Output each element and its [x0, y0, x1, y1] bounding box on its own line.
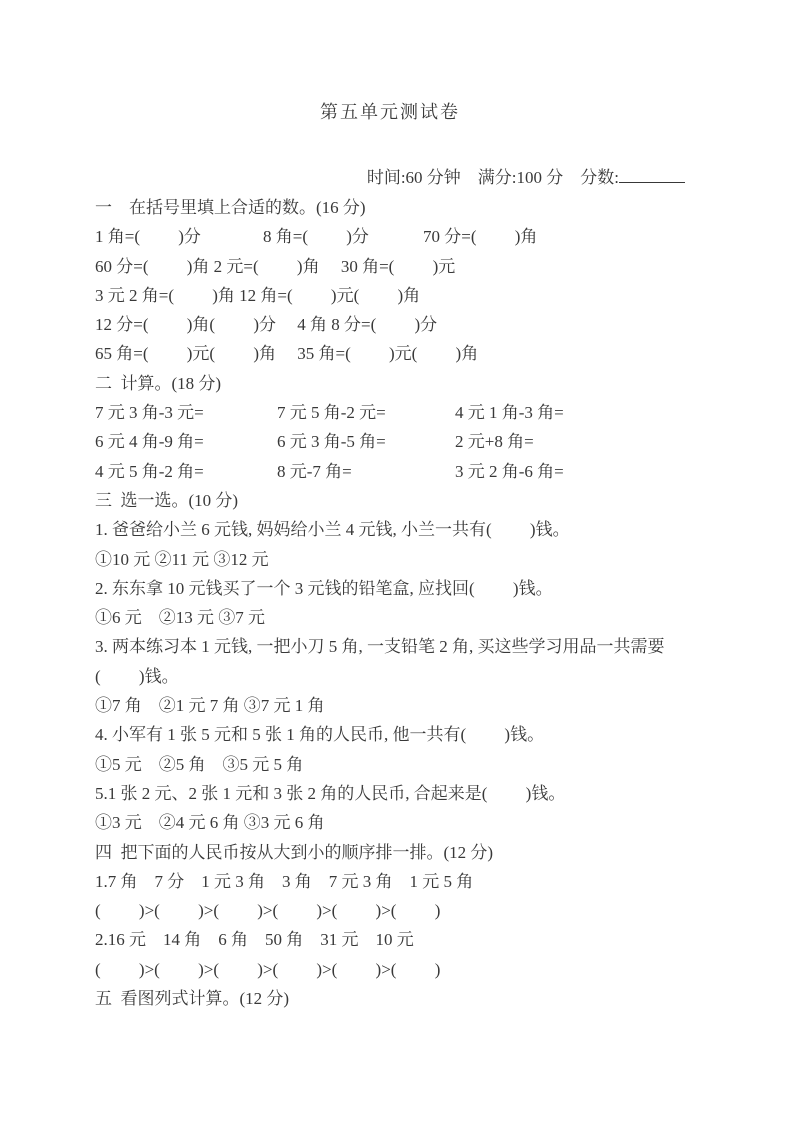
exam-paper-page: 第五单元测试卷 时间:60 分钟 满分:100 分 分数: 一 在括号里填上合适…	[0, 0, 793, 1122]
section1-line1: 1 角=( )分 8 角=( )分 70 分=( )角	[95, 222, 685, 251]
ordering-answer-blanks-1: ( )>( )>( )>( )>( )>( )	[95, 896, 685, 925]
question-2: 2. 东东拿 10 元钱买了一个 3 元钱的铅笔盒, 应找回( )钱。	[95, 574, 685, 603]
calc-item: 8 元-7 角=	[277, 457, 455, 486]
calc-item: 4 元 1 角-3 角=	[455, 398, 564, 427]
section1-header: 一 在括号里填上合适的数。(16 分)	[95, 193, 685, 222]
section1-line2: 60 分=( )角 2 元=( )角 30 角=( )元	[95, 252, 685, 281]
fill-blank-item: 8 角=( )分	[263, 222, 423, 251]
question-3-line2: ( )钱。	[95, 662, 685, 691]
section2-row2: 6 元 4 角-9 角= 6 元 3 角-5 角= 2 元+8 角=	[95, 427, 685, 456]
section2-row3: 4 元 5 角-2 角= 8 元-7 角= 3 元 2 角-6 角=	[95, 457, 685, 486]
exam-meta-line: 时间:60 分钟 满分:100 分 分数:	[95, 163, 685, 192]
question-4: 4. 小军有 1 张 5 元和 5 张 1 角的人民币, 他一共有( )钱。	[95, 720, 685, 749]
question-5: 5.1 张 2 元、2 张 1 元和 3 张 2 角的人民币, 合起来是( )钱…	[95, 779, 685, 808]
calc-item: 7 元 5 角-2 元=	[277, 398, 455, 427]
question-4-options: ①5 元 ②5 角 ③5 元 5 角	[95, 750, 685, 779]
question-3-line1: 3. 两本练习本 1 元钱, 一把小刀 5 角, 一支铅笔 2 角, 买这些学习…	[95, 632, 685, 661]
question-1: 1. 爸爸给小兰 6 元钱, 妈妈给小兰 4 元钱, 小兰一共有( )钱。	[95, 515, 685, 544]
calc-item: 3 元 2 角-6 角=	[455, 457, 564, 486]
calc-item: 7 元 3 角-3 元=	[95, 398, 277, 427]
section2-row1: 7 元 3 角-3 元= 7 元 5 角-2 元= 4 元 1 角-3 角=	[95, 398, 685, 427]
section3-header: 三 选一选。(10 分)	[95, 486, 685, 515]
ordering-question-1: 1.7 角 7 分 1 元 3 角 3 角 7 元 3 角 1 元 5 角	[95, 867, 685, 896]
question-1-options: ①10 元 ②11 元 ③12 元	[95, 545, 685, 574]
calc-item: 4 元 5 角-2 角=	[95, 457, 277, 486]
section4-header: 四 把下面的人民币按从大到小的顺序排一排。(12 分)	[95, 838, 685, 867]
exam-meta-text: 时间:60 分钟 满分:100 分 分数:	[367, 168, 619, 187]
section2-header: 二 计算。(18 分)	[95, 369, 685, 398]
fill-blank-item: 70 分=( )角	[423, 222, 537, 251]
exam-title: 第五单元测试卷	[95, 99, 685, 125]
ordering-answer-blanks-2: ( )>( )>( )>( )>( )>( )	[95, 955, 685, 984]
section5-header: 五 看图列式计算。(12 分)	[95, 984, 685, 1013]
calc-item: 2 元+8 角=	[455, 427, 534, 456]
section1-line5: 65 角=( )元( )角 35 角=( )元( )角	[95, 339, 685, 368]
question-2-options: ①6 元 ②13 元 ③7 元	[95, 603, 685, 632]
section1-line3: 3 元 2 角=( )角 12 角=( )元( )角	[95, 281, 685, 310]
section1-line4: 12 分=( )角( )分 4 角 8 分=( )分	[95, 310, 685, 339]
question-3-options: ①7 角 ②1 元 7 角 ③7 元 1 角	[95, 691, 685, 720]
score-blank-line	[619, 167, 685, 183]
calc-item: 6 元 4 角-9 角=	[95, 427, 277, 456]
question-5-options: ①3 元 ②4 元 6 角 ③3 元 6 角	[95, 808, 685, 837]
ordering-question-2: 2.16 元 14 角 6 角 50 角 31 元 10 元	[95, 925, 685, 954]
calc-item: 6 元 3 角-5 角=	[277, 427, 455, 456]
fill-blank-item: 1 角=( )分	[95, 222, 263, 251]
